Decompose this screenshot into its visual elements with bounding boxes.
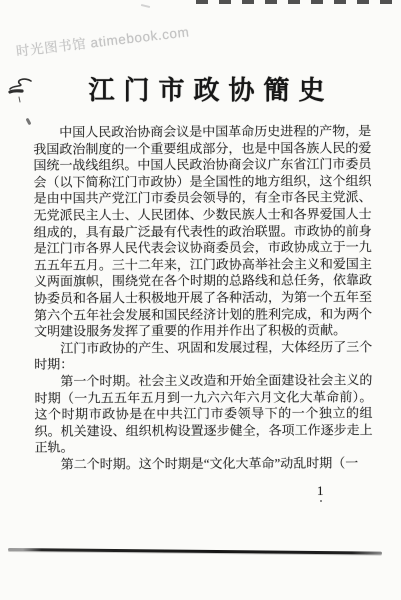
text-line: 文明建设服务发挥了重要的作用并作出了积极的贡献。 [34,322,372,340]
text-line: 时期： [34,356,372,374]
text-line: 我国政治制度的一个重要组成部分，也是中国各族人民的爱 [33,140,371,158]
text-line: 时期（一九五五年五月到一九六六年六月文化大革命前）。 [34,389,372,407]
scan-speck [141,4,150,8]
scan-edge-dashes [196,0,401,4]
text-line: 五五年五月。三十二年来，江门政协高举社会主义和爱国主 [34,256,372,274]
text-line: 第二个时期。这个时期是“文化大革命”动乱时期（一 [35,455,373,473]
page-number: 1 [317,483,324,499]
text-line: 国统一战线组织。中国人民政治协商会议广东省江门市委员 [33,156,371,174]
text-line: 是江门市各界人民代表会议协商委员会，市政协成立于一九 [34,239,372,257]
text-line: 江门市政协的产生、巩固和发展过程，大体经历了三个 [34,339,372,357]
page-title: 江门市政协簡史 [34,70,372,107]
text-line: 第六个五年社会发展和国民经济计划的胜利完成，和为两个 [34,306,372,324]
text-line: 义两面旗帜，围绕党在各个时期的总路线和总任务，依靠政 [34,273,372,291]
text-line: 会（以下简称江门市政协）是全国性的地方组织，这个组织 [33,173,371,191]
handwritten-pen-mark [4,76,38,104]
page-bottom-edge-line [8,548,382,554]
text-line: 组成的，具有最广泛最有代表性的政治联盟。市政协的前身 [34,223,372,241]
scan-speck [26,118,32,126]
text-line: 中国人民政治协商会议是中国革命历史进程的产物，是 [33,123,371,141]
scanned-book-page: 时光图书馆 atimebook.com 江门市政协簡史 中国人民政治协商会议是中… [0,0,401,600]
text-line: 第一个时期。社会主义改造和开始全面建设社会主义的 [34,372,372,390]
text-line: 织。机关建设、组织机构设置逐步健全，各项工作逐步走上 [35,422,373,440]
body-text: 中国人民政治协商会议是中国革命历史进程的产物，是我国政治制度的一个重要组成部分，… [33,123,373,473]
text-line: 是由中国共产党江门市委员会领导的，有全市各民主党派、 [34,190,372,208]
scan-speck [320,500,322,502]
text-line: 无党派民主人士、人民团体、少数民族人士和各界爱国人士 [34,206,372,224]
watermark: 时光图书馆 atimebook.com [15,20,190,60]
text-line: 这个时期市政协是在中共江门市委领导下的一个独立的组 [34,405,372,423]
text-line: 协委员和各届人士积极地开展了各种活动，为第一个五年至 [34,289,372,307]
text-line: 正轨。 [35,439,373,457]
